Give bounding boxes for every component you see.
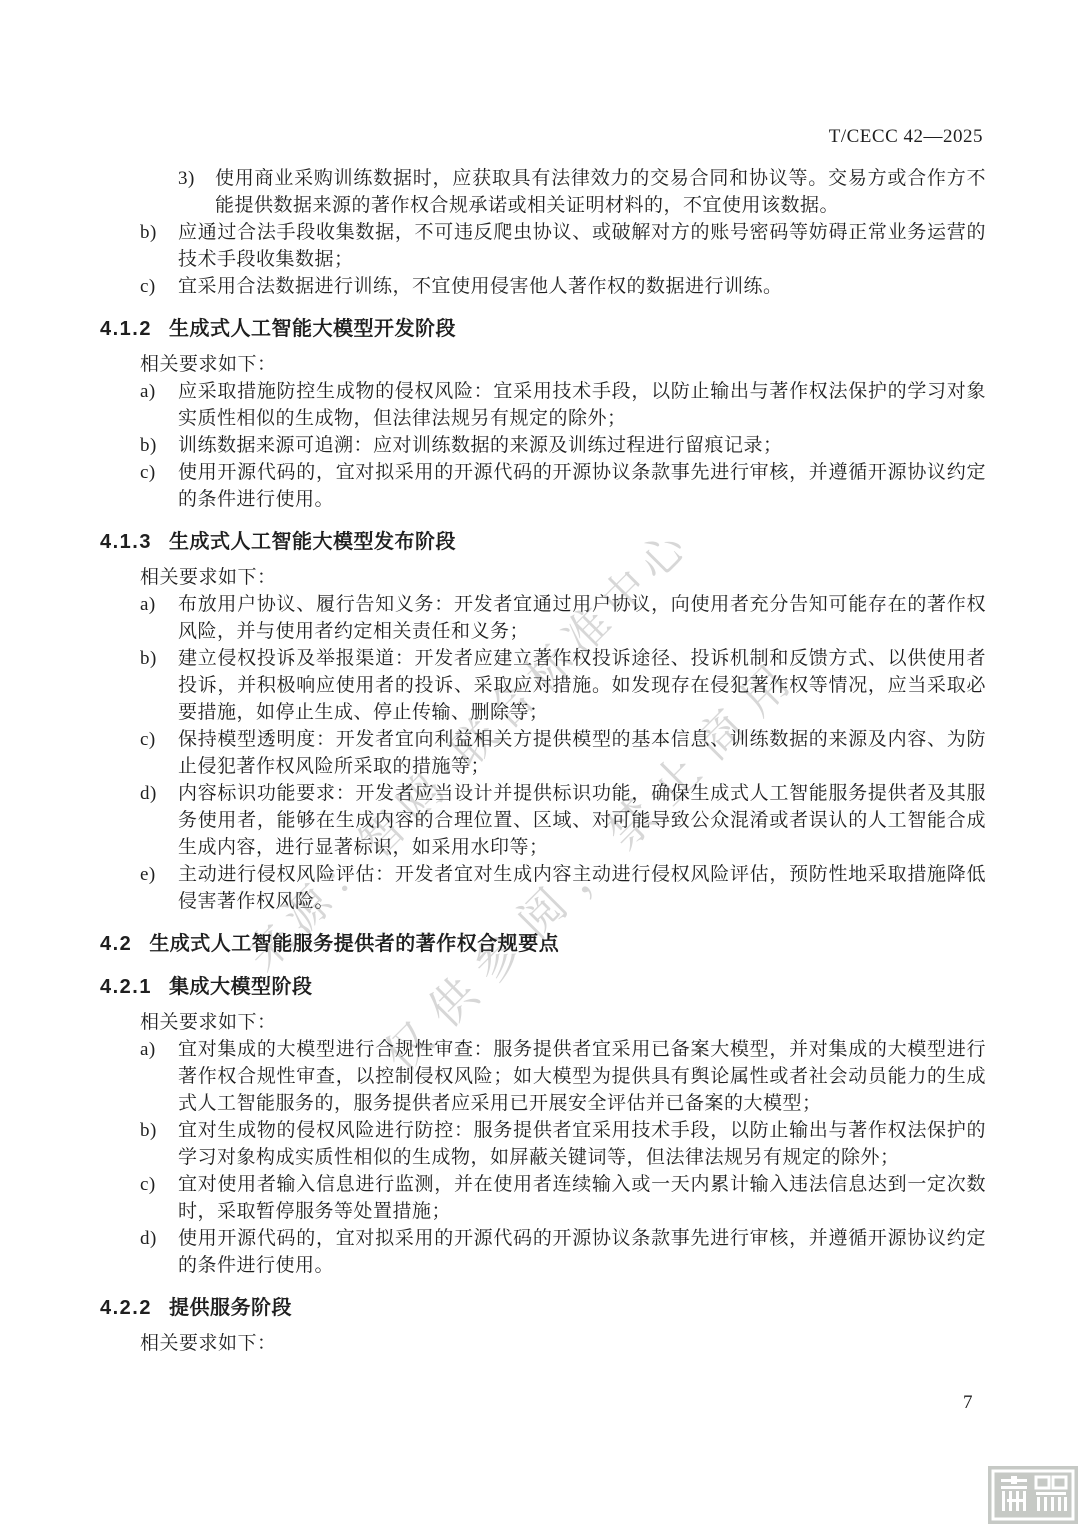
list-item-text: 使用开源代码的，宜对拟采用的开源代码的开源协议条款事先进行审核，并遵循开源协议约… — [178, 1225, 986, 1279]
list-item: c)宜采用合法数据进行训练，不宜使用侵害他人著作权的数据进行训练。 — [140, 273, 986, 300]
list-item: d)内容标识功能要求：开发者应当设计并提供标识功能，确保生成式人工智能服务提供者… — [140, 780, 986, 861]
section-heading-4.2.2: 4.2.2提供服务阶段 — [100, 1295, 986, 1322]
list-item-text: 训练数据来源可追溯：应对训练数据的来源及训练过程进行留痕记录； — [178, 432, 986, 459]
list-item-marker: 3) — [178, 165, 215, 219]
lead-paragraph: 相关要求如下： — [140, 351, 986, 378]
list-item-marker: c) — [140, 726, 178, 780]
section-heading-4.1.3: 4.1.3生成式人工智能大模型发布阶段 — [100, 529, 986, 556]
list-item-marker: c) — [140, 1171, 178, 1225]
heading-title: 生成式人工智能大模型发布阶段 — [169, 531, 456, 553]
page-number: 7 — [963, 1392, 973, 1414]
document-body: 3)使用商业采购训练数据时，应获取具有法律效力的交易合同和协议等。交易方或合作方… — [100, 165, 986, 1357]
list-item-text: 应通过合法手段收集数据，不可违反爬虫协议、或破解对方的账号密码等妨碍正常业务运营… — [178, 219, 986, 273]
list-item: b)训练数据来源可追溯：应对训练数据的来源及训练过程进行留痕记录； — [140, 432, 986, 459]
list-item-text: 使用开源代码的，宜对拟采用的开源代码的开源协议条款事先进行审核，并遵循开源协议约… — [178, 459, 986, 513]
list-item: a)布放用户协议、履行告知义务：开发者宜通过用户协议，向使用者充分告知可能存在的… — [140, 591, 986, 645]
section-heading-4.2.1: 4.2.1集成大模型阶段 — [100, 974, 986, 1001]
list-item-text: 应采取措施防控生成物的侵权风险：宜采用技术手段，以防止输出与著作权法保护的学习对… — [178, 378, 986, 432]
list-item-text: 宜对生成物的侵权风险进行防控：服务提供者宜采用技术手段，以防止输出与著作权法保护… — [178, 1117, 986, 1171]
list-item-text: 宜对集成的大模型进行合规性审查：服务提供者宜采用已备案大模型，并对集成的大模型进… — [178, 1036, 986, 1117]
list-item: b)应通过合法手段收集数据，不可违反爬虫协议、或破解对方的账号密码等妨碍正常业务… — [140, 219, 986, 273]
list-item-marker: c) — [140, 459, 178, 513]
list-item: 3)使用商业采购训练数据时，应获取具有法律效力的交易合同和协议等。交易方或合作方… — [178, 165, 986, 219]
list-item-marker: b) — [140, 645, 178, 726]
list-item: c)宜对使用者输入信息进行监测，并在使用者连续输入或一天内累计输入违法信息达到一… — [140, 1171, 986, 1225]
lead-paragraph: 相关要求如下： — [140, 1009, 986, 1036]
list-item-marker: a) — [140, 378, 178, 432]
list-item-marker: a) — [140, 591, 178, 645]
heading-title: 提供服务阶段 — [169, 1297, 292, 1319]
list-item: b)建立侵权投诉及举报渠道：开发者应建立著作权投诉途径、投诉机制和反馈方式、以供… — [140, 645, 986, 726]
section-heading-4.2: 4.2生成式人工智能服务提供者的著作权合规要点 — [100, 931, 986, 958]
list-item-marker: b) — [140, 1117, 178, 1171]
heading-number: 4.2.1 — [100, 976, 152, 998]
lead-paragraph: 相关要求如下： — [140, 564, 986, 591]
list-item-text: 使用商业采购训练数据时，应获取具有法律效力的交易合同和协议等。交易方或合作方不能… — [215, 165, 986, 219]
list-item-marker: d) — [140, 780, 178, 861]
heading-number: 4.1.2 — [100, 318, 152, 340]
heading-number: 4.2.2 — [100, 1297, 152, 1319]
list-item: c)保持模型透明度：开发者宜向利益相关方提供模型的基本信息、训练数据的来源及内容… — [140, 726, 986, 780]
list-item-marker: e) — [140, 861, 178, 915]
heading-title: 生成式人工智能大模型开发阶段 — [169, 318, 456, 340]
list-item: e)主动进行侵权风险评估：开发者宜对生成内容主动进行侵权风险评估，预防性地采取措… — [140, 861, 986, 915]
list-item-text: 主动进行侵权风险评估：开发者宜对生成内容主动进行侵权风险评估，预防性地采取措施降… — [178, 861, 986, 915]
list-item-marker: b) — [140, 219, 178, 273]
list-item-text: 宜对使用者输入信息进行监测，并在使用者连续输入或一天内累计输入违法信息达到一定次… — [178, 1171, 986, 1225]
list-item-text: 保持模型透明度：开发者宜向利益相关方提供模型的基本信息、训练数据的来源及内容、为… — [178, 726, 986, 780]
list-item: a)应采取措施防控生成物的侵权风险：宜采用技术手段，以防止输出与著作权法保护的学… — [140, 378, 986, 432]
document-code: T/CECC 42—2025 — [829, 126, 983, 148]
list-item-marker: b) — [140, 432, 178, 459]
heading-title: 生成式人工智能服务提供者的著作权合规要点 — [149, 933, 559, 955]
heading-title: 集成大模型阶段 — [169, 976, 313, 998]
list-item: d)使用开源代码的，宜对拟采用的开源代码的开源协议条款事先进行审核，并遵循开源协… — [140, 1225, 986, 1279]
list-item-marker: a) — [140, 1036, 178, 1117]
list-item-text: 布放用户协议、履行告知义务：开发者宜通过用户协议，向使用者充分告知可能存在的著作… — [178, 591, 986, 645]
heading-number: 4.2 — [100, 933, 132, 955]
list-item-text: 建立侵权投诉及举报渠道：开发者应建立著作权投诉途径、投诉机制和反馈方式、以供使用… — [178, 645, 986, 726]
watermark-seal-icon — [988, 1466, 1078, 1524]
document-page: T/CECC 42—2025 来源：智鸥·联合标准中心 仅供参阅，禁止商用 3)… — [0, 0, 1080, 1527]
list-item-marker: c) — [140, 273, 178, 300]
lead-paragraph: 相关要求如下： — [140, 1330, 986, 1357]
list-item: a)宜对集成的大模型进行合规性审查：服务提供者宜采用已备案大模型，并对集成的大模… — [140, 1036, 986, 1117]
list-item: c)使用开源代码的，宜对拟采用的开源代码的开源协议条款事先进行审核，并遵循开源协… — [140, 459, 986, 513]
list-item-marker: d) — [140, 1225, 178, 1279]
section-heading-4.1.2: 4.1.2生成式人工智能大模型开发阶段 — [100, 316, 986, 343]
list-item-text: 宜采用合法数据进行训练，不宜使用侵害他人著作权的数据进行训练。 — [178, 273, 986, 300]
list-item-text: 内容标识功能要求：开发者应当设计并提供标识功能，确保生成式人工智能服务提供者及其… — [178, 780, 986, 861]
heading-number: 4.1.3 — [100, 531, 152, 553]
list-item: b)宜对生成物的侵权风险进行防控：服务提供者宜采用技术手段，以防止输出与著作权法… — [140, 1117, 986, 1171]
